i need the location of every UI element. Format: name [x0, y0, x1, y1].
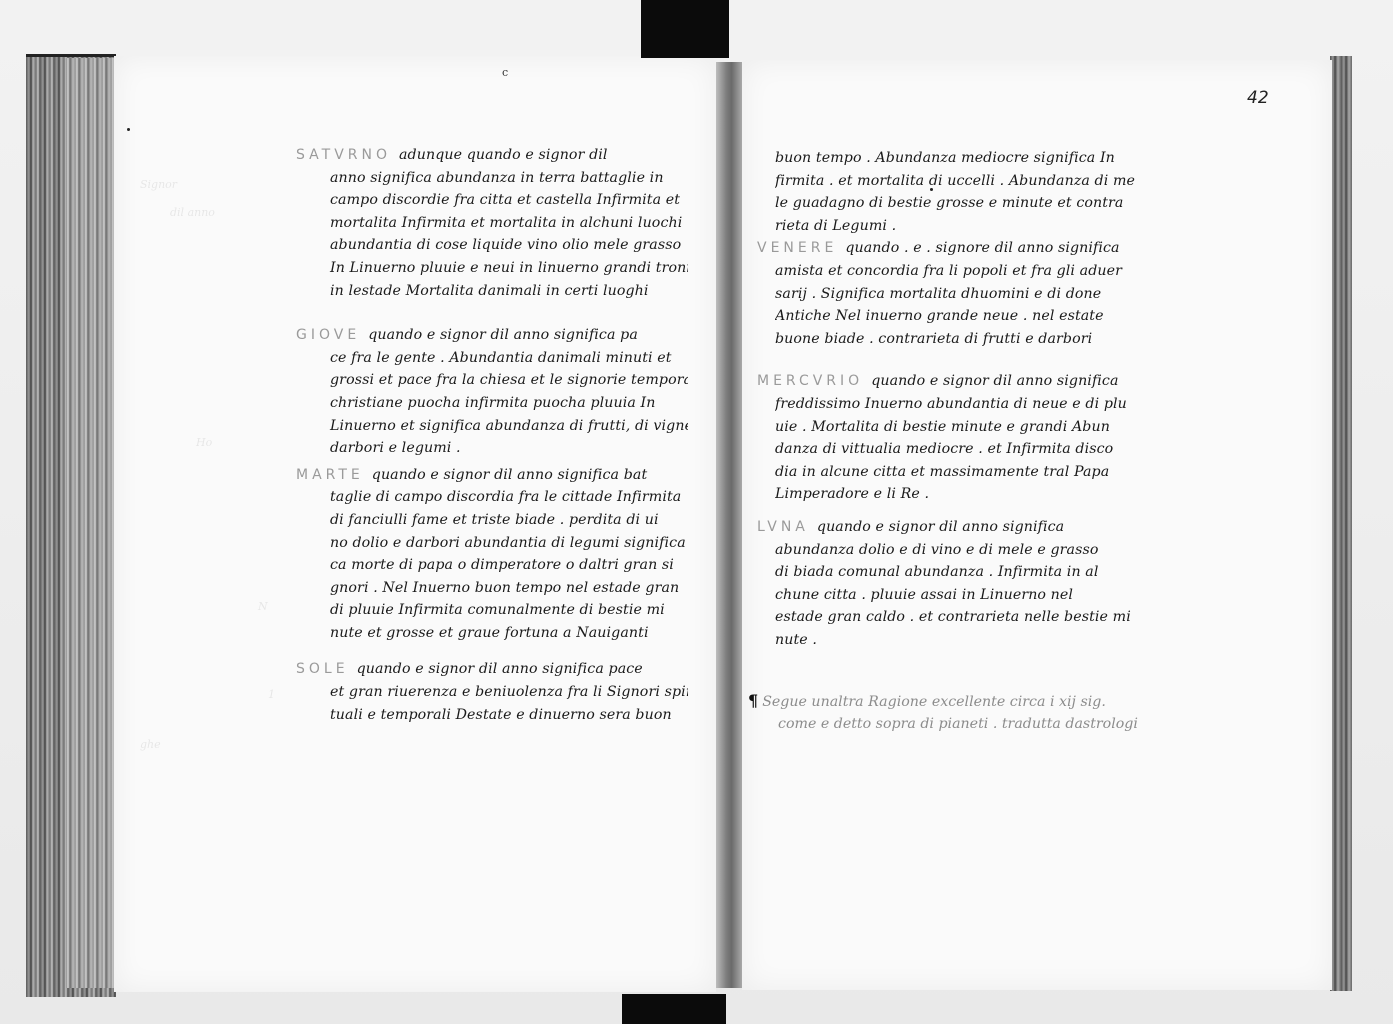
manuscript-line: nute .	[775, 629, 1147, 652]
line-text: uie . Mortalita di bestie minute e grand…	[775, 419, 1110, 435]
manuscript-line: no dolio e darbori abundantia di legumi …	[296, 532, 688, 555]
line-text: quando e signor dil anno significa pace	[357, 661, 643, 677]
text-section: SOLEquando e signor dil anno significa p…	[296, 658, 688, 726]
line-text: di fanciulli fame et triste biade . perd…	[330, 512, 659, 528]
line-text: chune citta . pluuie assai in Linuerno n…	[775, 587, 1073, 603]
line-text: amista et concordia fra li popoli et fra…	[775, 263, 1122, 279]
line-text: ce fra le gente . Abundantia danimali mi…	[330, 350, 672, 366]
manuscript-line: danza di vittualia mediocre . et Infirmi…	[775, 438, 1147, 461]
line-text: mortalita Infirmita et mortalita in alch…	[330, 215, 682, 231]
manuscript-line: Limperadore e li Re .	[775, 483, 1147, 506]
show-through-text: Ho	[196, 436, 212, 449]
left-fore-edge-inner	[66, 58, 114, 988]
manuscript-line: tuali e temporali Destate e dinuerno ser…	[296, 704, 688, 727]
manuscript-line: MERCVRIOquando e signor dil anno signifi…	[757, 370, 1147, 393]
ribbon-bookmark-top	[641, 0, 729, 58]
section-heading: MARTE	[296, 467, 364, 483]
line-text: gnori . Nel Inuerno buon tempo nel estad…	[330, 580, 679, 596]
manuscript-line: abundantia di cose liquide vino olio mel…	[296, 234, 688, 257]
line-text: taglie di campo discordia fra le cittade…	[330, 489, 681, 505]
line-text: ca morte di papa o dimperatore o daltri …	[330, 557, 674, 573]
section-heading: SATVRNO	[296, 147, 391, 163]
manuscript-line: uie . Mortalita di bestie minute e grand…	[775, 416, 1147, 439]
line-text: firmita . et mortalita di uccelli . Abun…	[775, 173, 1135, 189]
manuscript-line: chune citta . pluuie assai in Linuerno n…	[775, 584, 1147, 607]
stray-mark: c	[502, 66, 508, 79]
line-text: darbori e legumi .	[330, 440, 461, 456]
line-text: grossi et pace fra la chiesa et le signo…	[330, 372, 688, 388]
section-heading: LVNA	[757, 519, 809, 535]
right-page-text: buon tempo . Abundanza mediocre signific…	[775, 147, 1147, 651]
line-text: in lestade Mortalita danimali in certi l…	[330, 283, 649, 299]
manuscript-line: di fanciulli fame et triste biade . perd…	[296, 509, 688, 532]
line-text: rieta di Legumi .	[775, 218, 896, 234]
text-section: VENEREquando . e . signore dil anno sign…	[775, 237, 1147, 350]
show-through-text: N	[258, 600, 268, 613]
manuscript-line: campo discordie fra citta et castella In…	[296, 189, 688, 212]
manuscript-line: rieta di Legumi .	[775, 215, 1147, 238]
text-section: SATVRNOadunque quando e signor dilanno s…	[296, 144, 688, 302]
show-through-text: 1	[268, 688, 275, 701]
manuscript-line: buon tempo . Abundanza mediocre signific…	[775, 147, 1147, 170]
line-text: le guadagno di bestie grosse e minute et…	[775, 195, 1124, 211]
section-heading: VENERE	[757, 240, 837, 256]
line-text: campo discordie fra citta et castella In…	[330, 192, 680, 208]
book-gutter	[716, 62, 742, 988]
manuscript-line: Linuerno et significa abundanza di frutt…	[296, 415, 688, 438]
text-section: LVNAquando e signor dil anno significaab…	[775, 516, 1147, 652]
manuscript-line: le guadagno di bestie grosse e minute et…	[775, 192, 1147, 215]
manuscript-line: et gran riuerenza e beniuolenza fra li S…	[296, 681, 688, 704]
show-through-text: ghe	[140, 738, 161, 751]
manuscript-line: in lestade Mortalita danimali in certi l…	[296, 280, 688, 303]
line-text: Linuerno et significa abundanza di frutt…	[330, 418, 688, 434]
manuscript-line: darbori e legumi .	[296, 437, 688, 460]
line-text: buone biade . contrarieta di frutti e da…	[775, 331, 1092, 347]
line-text: abundanza dolio e di vino e di mele e gr…	[775, 542, 1099, 558]
line-text: et gran riuerenza e beniuolenza fra li S…	[330, 684, 688, 700]
manuscript-line: SOLEquando e signor dil anno significa p…	[296, 658, 688, 681]
line-text: abundantia di cose liquide vino olio mel…	[330, 237, 681, 253]
section-heading: MERCVRIO	[757, 373, 863, 389]
manuscript-line: LVNAquando e signor dil anno significa	[757, 516, 1147, 539]
folio-number: 42	[1247, 88, 1269, 108]
manuscript-line: christiane puocha infirmita puocha pluui…	[296, 392, 688, 415]
manuscript-line: MARTEquando e signor dil anno significa …	[296, 464, 688, 487]
manuscript-line: firmita . et mortalita di uccelli . Abun…	[775, 170, 1147, 193]
line-text: tuali e temporali Destate e dinuerno ser…	[330, 707, 672, 723]
text-section: GIOVEquando e signor dil anno significa …	[296, 324, 688, 460]
pilcrow-icon: ¶	[748, 691, 758, 710]
text-section: MERCVRIOquando e signor dil anno signifi…	[775, 370, 1147, 506]
ribbon-bookmark-bottom	[622, 994, 726, 1024]
line-text: adunque quando e signor dil	[399, 147, 608, 163]
line-text: quando e signor dil anno significa bat	[372, 467, 648, 483]
right-fore-edge	[1330, 56, 1352, 991]
manuscript-line: abundanza dolio e di vino e di mele e gr…	[775, 539, 1147, 562]
manuscript-line: sarij . Significa mortalita dhuomini e d…	[775, 283, 1147, 306]
line-text: freddissimo Inuerno abundantia di neue e…	[775, 396, 1127, 412]
manuscript-line: di pluuie Infirmita comunalmente di best…	[296, 599, 688, 622]
line-text: sarij . Significa mortalita dhuomini e d…	[775, 286, 1101, 302]
manuscript-line: buone biade . contrarieta di frutti e da…	[775, 328, 1147, 351]
line-text: christiane puocha infirmita puocha pluui…	[330, 395, 656, 411]
line-text: Limperadore e li Re .	[775, 486, 929, 502]
line-text: di pluuie Infirmita comunalmente di best…	[330, 602, 665, 618]
text-section: MARTEquando e signor dil anno significa …	[296, 464, 688, 645]
manuscript-line: nute et grosse et graue fortuna a Nauiga…	[296, 622, 688, 645]
line-text: no dolio e darbori abundantia di legumi …	[330, 535, 686, 551]
manuscript-line: estade gran caldo . et contrarieta nelle…	[775, 606, 1147, 629]
line-text: nute .	[775, 632, 817, 648]
manuscript-line: grossi et pace fra la chiesa et le signo…	[296, 369, 688, 392]
line-text: quando e signor dil anno significa	[817, 519, 1064, 535]
line-text: estade gran caldo . et contrarieta nelle…	[775, 609, 1131, 625]
show-through-text: Signor	[140, 178, 177, 191]
manuscript-line: In Linuerno pluuie e neui in linuerno gr…	[296, 257, 688, 280]
manuscript-line: SATVRNOadunque quando e signor dil	[296, 144, 688, 167]
manuscript-line: dia in alcune citta et massimamente tral…	[775, 461, 1147, 484]
line-text: Antiche Nel inuerno grande neue . nel es…	[775, 308, 1104, 324]
manuscript-line: freddissimo Inuerno abundantia di neue e…	[775, 393, 1147, 416]
manuscript-line: Antiche Nel inuerno grande neue . nel es…	[775, 305, 1147, 328]
note-line: come e detto sopra di pianeti . tradutta…	[748, 713, 1148, 735]
line-text: buon tempo . Abundanza mediocre signific…	[775, 150, 1115, 166]
manuscript-line: anno significa abundanza in terra battag…	[296, 167, 688, 190]
closing-note: ¶Segue unaltra Ragione excellente circa …	[748, 690, 1148, 735]
show-through-text: dil anno	[170, 206, 215, 219]
section-heading: SOLE	[296, 661, 349, 677]
line-text: anno significa abundanza in terra battag…	[330, 170, 664, 186]
line-text: quando . e . signore dil anno significa	[845, 240, 1119, 256]
line-text: di biada comunal abundanza . Infirmita i…	[775, 564, 1099, 580]
section-heading: GIOVE	[296, 327, 360, 343]
note-line: Segue unaltra Ragione excellente circa i…	[762, 694, 1106, 710]
line-text: danza di vittualia mediocre . et Infirmi…	[775, 441, 1113, 457]
text-section: buon tempo . Abundanza mediocre signific…	[775, 147, 1147, 237]
line-text: nute et grosse et graue fortuna a Nauiga…	[330, 625, 649, 641]
manuscript-line: ca morte di papa o dimperatore o daltri …	[296, 554, 688, 577]
left-page-text: SATVRNOadunque quando e signor dilanno s…	[296, 144, 688, 726]
manuscript-line: di biada comunal abundanza . Infirmita i…	[775, 561, 1147, 584]
manuscript-line: ce fra le gente . Abundantia danimali mi…	[296, 347, 688, 370]
manuscript-line: GIOVEquando e signor dil anno significa …	[296, 324, 688, 347]
manuscript-line: amista et concordia fra li popoli et fra…	[775, 260, 1147, 283]
manuscript-line: gnori . Nel Inuerno buon tempo nel estad…	[296, 577, 688, 600]
manuscript-line: VENEREquando . e . signore dil anno sign…	[757, 237, 1147, 260]
line-text: In Linuerno pluuie e neui in linuerno gr…	[330, 260, 688, 276]
ink-speck	[127, 128, 130, 131]
line-text: quando e signor dil anno significa pa	[368, 327, 638, 343]
manuscript-line: mortalita Infirmita et mortalita in alch…	[296, 212, 688, 235]
line-text: dia in alcune citta et massimamente tral…	[775, 464, 1109, 480]
line-text: quando e signor dil anno significa	[871, 373, 1118, 389]
manuscript-line: taglie di campo discordia fra le cittade…	[296, 486, 688, 509]
